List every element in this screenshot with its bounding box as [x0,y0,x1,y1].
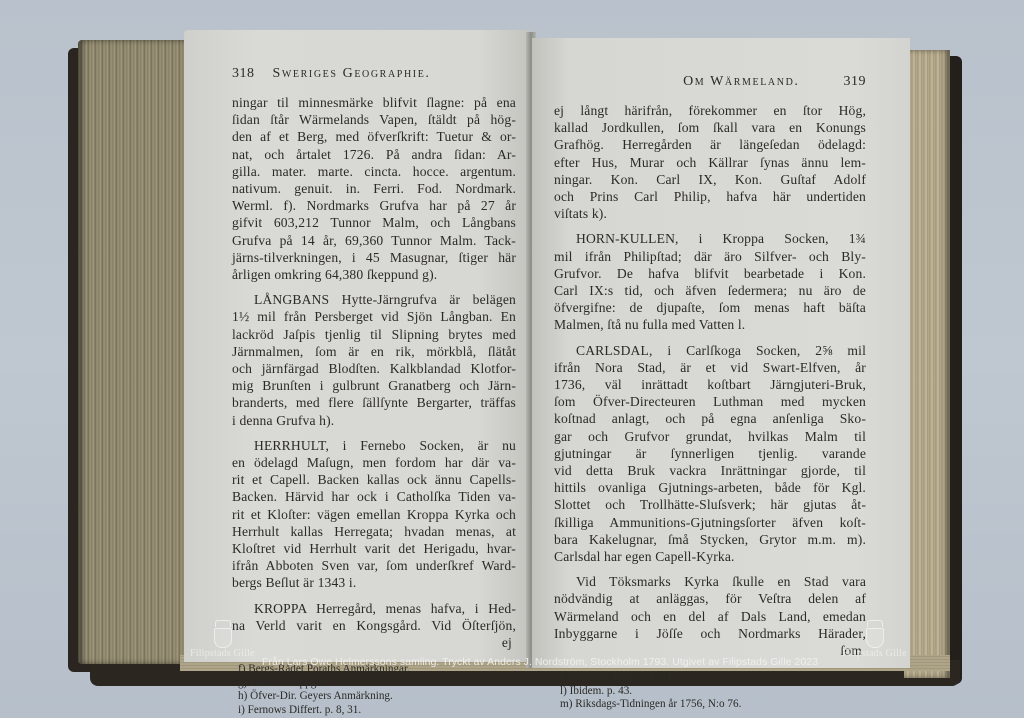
page-number: 318 [232,66,255,82]
paragraph-horn-kullen: HORN-KULLEN, i Kroppa Socken, 1¾ mil ifr… [554,230,866,333]
text-line: och järnfärgad Blodſten. Kalkblandad Klo… [232,360,516,377]
text-line: Backen. Härvid har ock i Catholſka Tiden… [232,488,516,505]
text-line: ej långt härifrån, förekommer en ſtor Hö… [554,102,866,119]
crest-icon [864,620,884,646]
watermark-logo-label: Filipstads Gille [190,648,255,659]
text-line: CARLSDAL, i Carlſkoga Socken, 2⅝ mil [554,342,866,359]
left-page: 318 Sweriges Geographie. ningar til minn… [184,30,530,662]
text-line: Werml. f). Nordmarks Grufva har på 27 år [232,197,516,214]
crest-icon [212,620,232,646]
text-line: hittils ovanliga Gjutnings-arbeten, både… [554,479,866,496]
text-line: ſkilliga Ammunitions-Gjutningsſorter äfv… [554,514,866,531]
text-line: i denna Grufva h). [232,412,516,429]
right-footnotes: k) Fernows Diff. p. 4, 34. l) Ibidem. p.… [554,671,866,712]
text-line: nat, och årtalet 1726. På andra ſidan: A… [232,146,516,163]
paragraph-kroppa: KROPPA Herregård, menas hafva, i Hed- na… [232,600,516,634]
text-line: nödvändig at anläggas, för Veſtra delen … [554,590,866,607]
text-line: mil ifrån Philipſtad; där äro Silfver- o… [554,248,866,265]
paragraph-toksmarks: Vid Töksmarks Kyrka ſkulle en Stad vara … [554,573,866,642]
page-edges-right [904,50,950,678]
text-line: Grafhög. Herregården är längeſedan ödela… [554,136,866,153]
text-line: järns-tilverkningen, i 45 Masugnar, ſtig… [232,249,516,266]
text-line: HERRHULT, i Fernebo Socken, är nu [232,437,516,454]
text-line: efter Hus, Murar och Källrar ſynas ännu … [554,154,866,171]
catchword: ej [232,634,516,651]
paragraph-carlsdal: CARLSDAL, i Carlſkoga Socken, 2⅝ mil ifr… [554,342,866,566]
text-line: lackröd Jaſpis tjenlig til Slipning bryt… [232,326,516,343]
text-line: 1½ mil från Persberget vid Sjön Långban.… [232,308,516,325]
text-line: 1736, väl inrättadt koſtbart Järngjuteri… [554,376,866,393]
text-line: Grufvor. De hafva blifvit bearbetade i K… [554,265,866,282]
open-book: 318 Sweriges Geographie. ningar til minn… [0,0,1024,718]
text-line: Carlsdal har egen Capell-Kyrka. [554,548,866,565]
footnote: g) Fernows Uppgift. [238,677,516,691]
text-line: ſidan ſtår Wärmelands Vapen, ſtäldt på h… [232,111,516,128]
text-line: ningar. Kon. Carl IX, Kon. Guſtaf Adolf [554,171,866,188]
text-line: nativum. genuit. in. Ferri. Fod. Nordmar… [232,180,516,197]
text-line: koſtnad anlagt, och på egna anſenliga Sk… [554,410,866,427]
text-line: bergs Beſlut är 1343 i. [232,574,516,591]
text-line: den af et Berg, med öfverſkrift: Tuetur … [232,128,516,145]
text-line: och Prins Carl Philip, hafva här underti… [554,188,866,205]
text-line: en ödelagd Maſugn, men fordom har där va… [232,454,516,471]
text-line: gilla. mater. marte. cincta. hocce. arge… [232,163,516,180]
text-line: Kloſtret vid Herrhult varit det Herigadu… [232,540,516,557]
right-running-head: Om Wärmeland. 319 [554,74,866,92]
text-line: rit et Capell. Backen kallas ock ännu Ca… [232,471,516,488]
text-line: Malmen, ſtå nu fulla med Vatten l. [554,316,866,333]
watermark-logo-right: Filipstads Gille [842,620,907,659]
text-line: HORN-KULLEN, i Kroppa Socken, 1¾ [554,230,866,247]
paragraph: ej långt härifrån, förekommer en ſtor Hö… [554,102,866,222]
text-line: Grufva på 14 år, 69,360 Tunnor Malm. Tac… [232,232,516,249]
right-page: Om Wärmeland. 319 ej långt härifrån, för… [532,38,910,668]
right-body-text: ej långt härifrån, förekommer en ſtor Hö… [554,102,866,659]
paragraph-langbans: LÅNGBANS Hytte-Järngrufva är belägen 1½ … [232,291,516,429]
text-line: ifrån Abboten Sven var, ſom underſkref W… [232,557,516,574]
text-line: ſom Öfver-Directeuren Luthman med mycken [554,393,866,410]
text-line: viſtats k). [554,205,866,222]
text-line: öfvergifne: de djupaſte, ſom menas haft … [554,299,866,316]
running-title: Om Wärmeland. [683,74,799,90]
footnote: k) Fernows Diff. p. 4, 34. [560,671,866,685]
page-edges-left [78,40,188,664]
text-line: Herrhult kallas Herregata; hvadan menas,… [232,523,516,540]
text-line: kallad Jordkullen, ſom ſkall vara en Kon… [554,119,866,136]
watermark-logo-label: Filipstads Gille [842,648,907,659]
text-line: ifrån Nora Stad, är et vid Swart-Elfven,… [554,359,866,376]
left-footnotes: f) Bergs-Rådet Poraths Anmärkningar. g) … [232,663,516,717]
text-line: gar och Grufvor grundat, hvilkas Malm ti… [554,428,866,445]
text-line: Wärmeland och en del af Dals Land, emeda… [554,608,866,625]
text-line: Vid Töksmarks Kyrka ſkulle en Stad vara [554,573,866,590]
text-line: Inbyggarne i Jöſſe och Nordmarks Härader… [554,625,866,642]
footnote: m) Riksdags-Tidningen år 1756, N:o 76. [560,698,866,712]
text-line: na Verld varit en Kongsgård. Vid Öſterſj… [232,617,516,634]
left-running-head: 318 Sweriges Geographie. [232,66,516,84]
paragraph-herrhult: HERRHULT, i Fernebo Socken, är nu en öde… [232,437,516,592]
text-line: Slottet och Trollhätte-Sluſsverk; här gj… [554,496,866,513]
footnote: i) Fernows Differt. p. 8, 31. [238,704,516,718]
left-body-text: ningar til minnesmärke blifvit ſlagne: p… [232,94,516,651]
text-line: gifvit 603,212 Tunnor Malm, och Långbans [232,214,516,231]
text-line: bara Kakelugnar, ſmå Stycken, Grytor m.m… [554,531,866,548]
text-line: branderts, med flere ſällſynte Bergarter… [232,394,516,411]
text-line: Järnmalmen, ſom är en rik, mörkblå, ſlät… [232,343,516,360]
footnote: l) Ibidem. p. 43. [560,685,866,699]
text-line: vid detta Bruk vackra Inrättningar gjord… [554,462,866,479]
text-line: KROPPA Herregård, menas hafva, i Hed- [232,600,516,617]
text-line: gjutningar är ſynnerligen tjenlig. varan… [554,445,866,462]
running-title: Sweriges Geographie. [273,66,431,82]
page-number: 319 [844,74,867,90]
watermark-credit: Från Lars Owe Helmerssons samling. Tryck… [262,656,818,668]
text-line: årligen omkring 64,380 ſkeppund g). [232,266,516,283]
text-line: Carl IX:s tid, och äfven ſedermera; nu ä… [554,282,866,299]
text-line: LÅNGBANS Hytte-Järngrufva är belägen [232,291,516,308]
text-line: rit et Kloſter: vägen emellan Kroppa Kyr… [232,506,516,523]
watermark-logo-left: Filipstads Gille [190,620,255,659]
text-line: ningar til minnesmärke blifvit ſlagne: p… [232,94,516,111]
text-line: mig Brunſten i gulbrunt Granatberg och J… [232,377,516,394]
paragraph: ningar til minnesmärke blifvit ſlagne: p… [232,94,516,283]
footnote: h) Öfver-Dir. Geyers Anmärkning. [238,690,516,704]
